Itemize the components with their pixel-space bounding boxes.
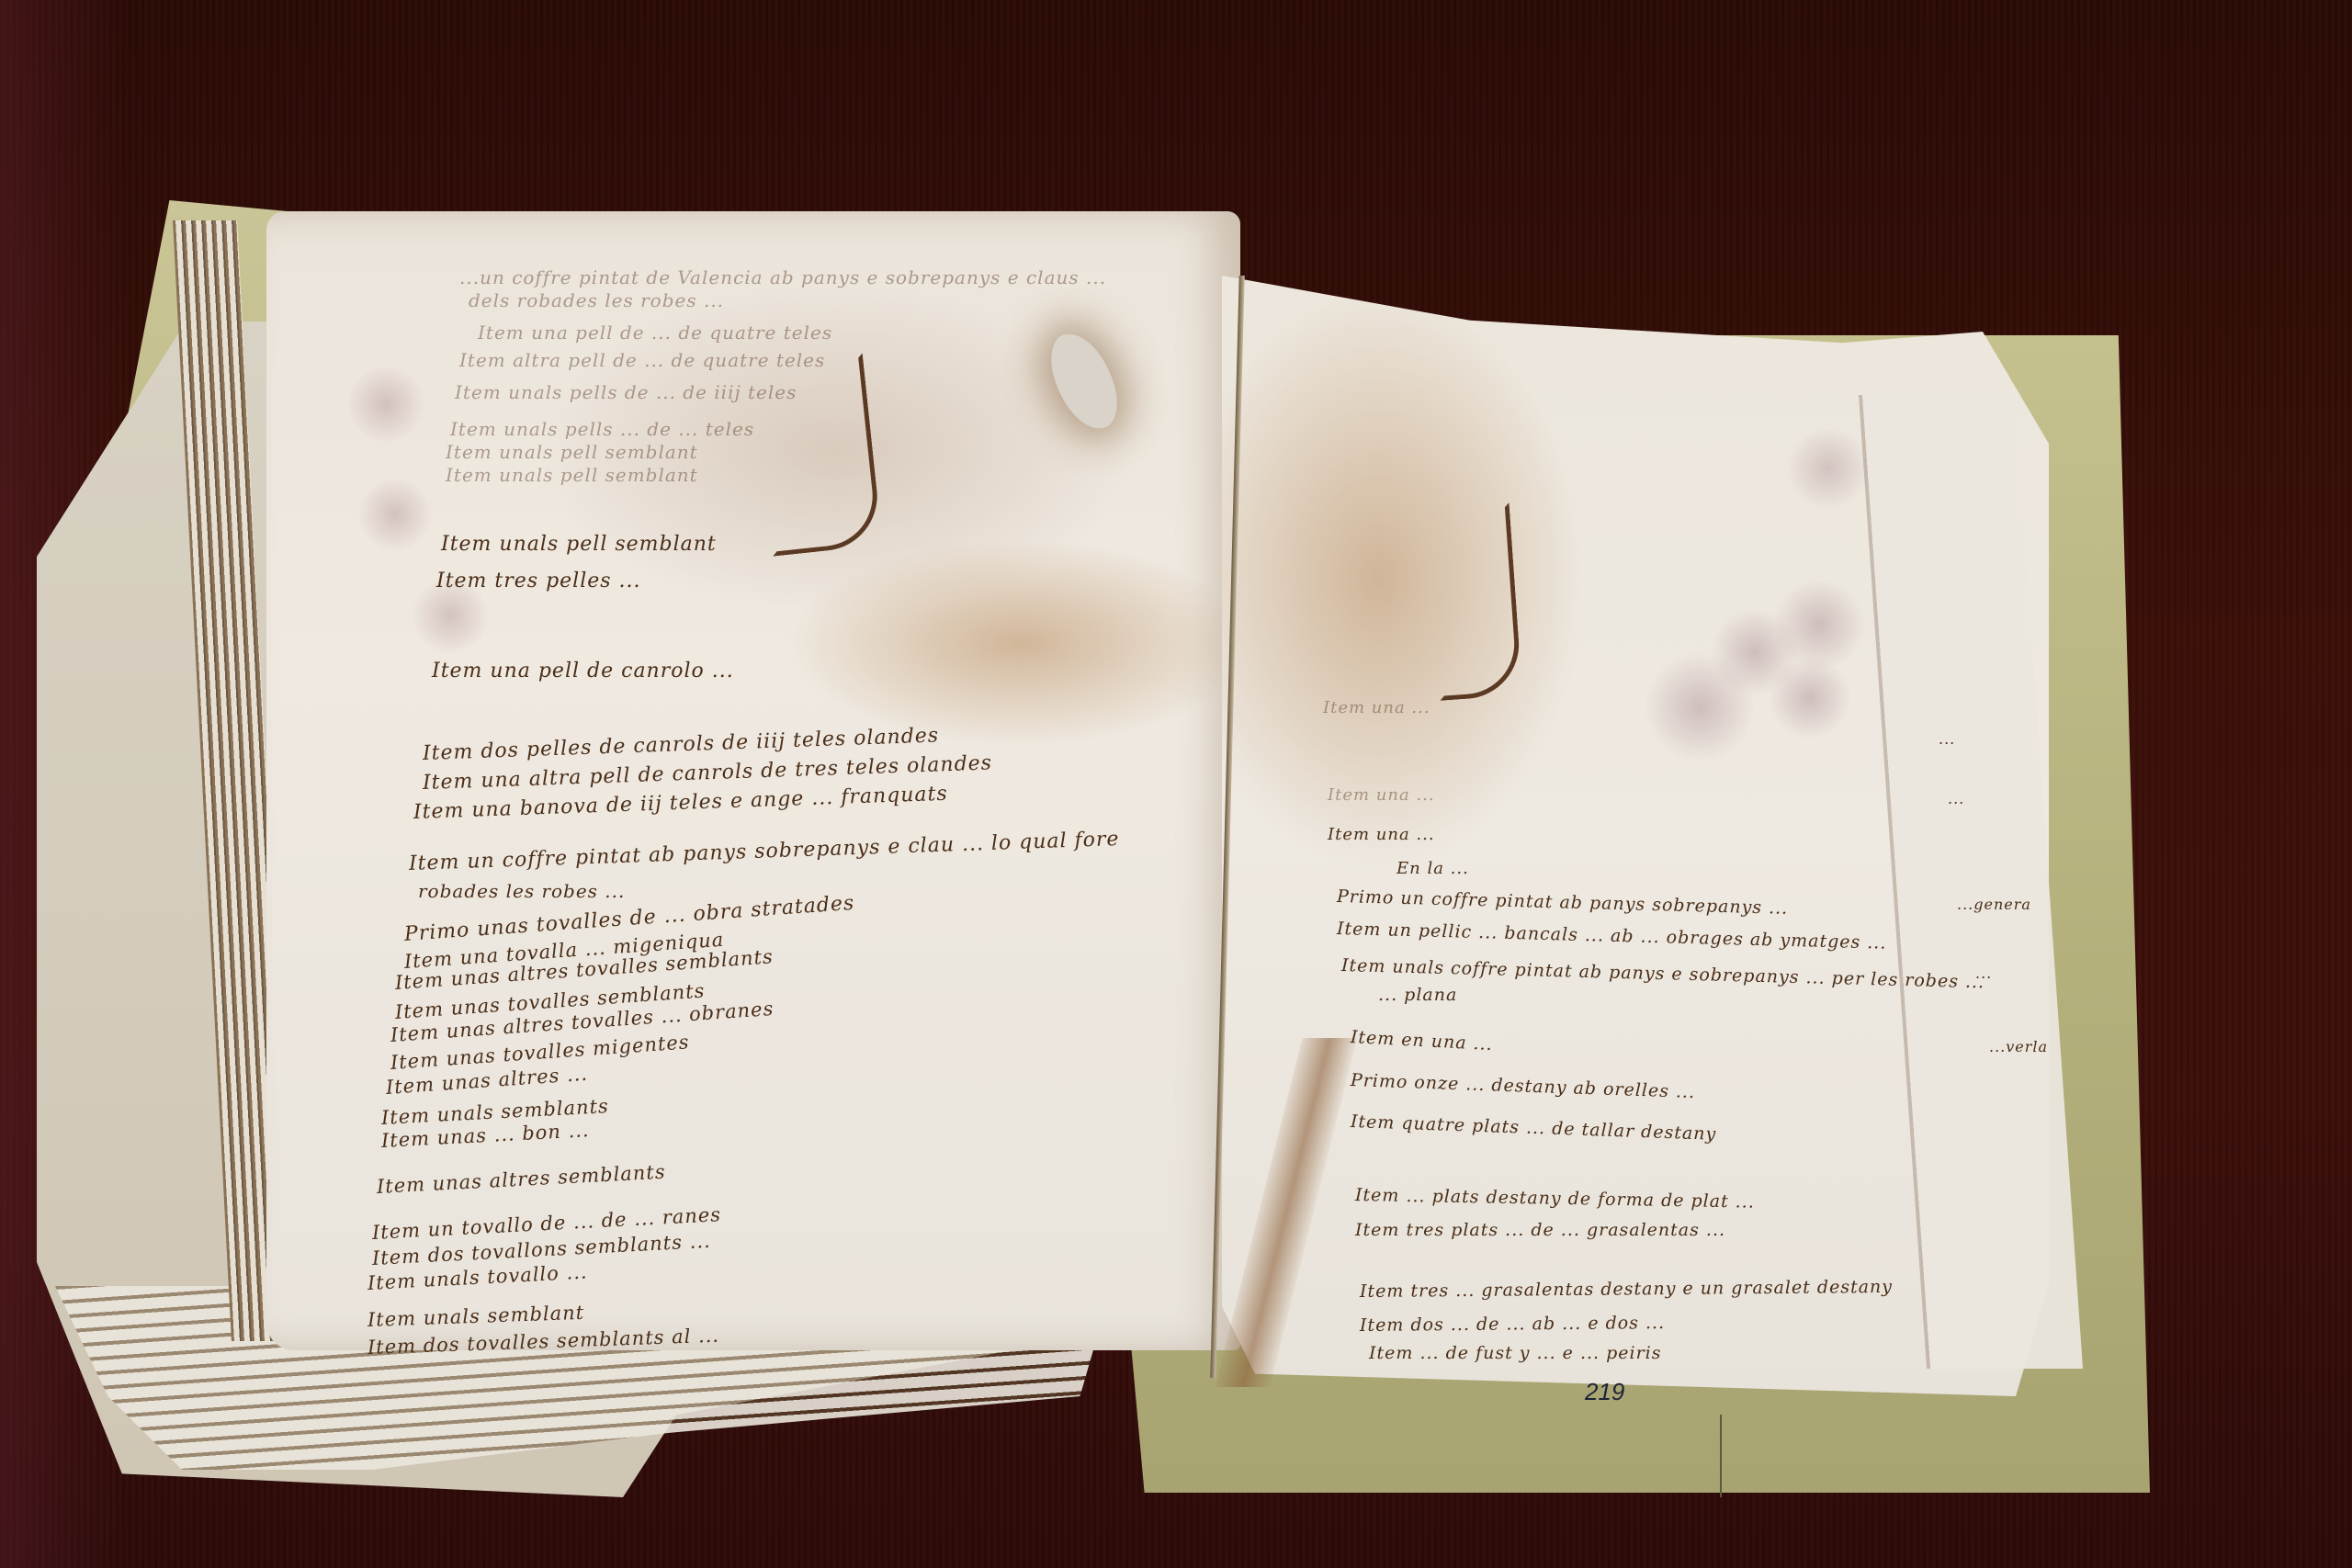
margin-note: ... — [1939, 730, 1955, 748]
text-line: dels robades les robes ... — [469, 289, 724, 311]
text-line: Item tres pelles ... — [436, 570, 641, 592]
text-line: robades les robes ... — [418, 880, 625, 902]
margin-note: ...verla — [1989, 1038, 2048, 1055]
folder-seam — [1720, 1415, 1722, 1497]
text-line: Item unals pell semblant — [446, 441, 698, 463]
margin-note: ... — [1948, 790, 1964, 807]
text-line: Item unals pells ... de ... teles — [450, 418, 754, 440]
text-line: Item una ... — [1323, 698, 1430, 717]
text-line: ... plana — [1378, 985, 1457, 1005]
text-line: Item unals pell semblant — [446, 464, 698, 486]
text-line: Item una ... — [1328, 785, 1435, 805]
text-line: Item unals pells de ... de iiij teles — [455, 381, 797, 403]
paper-crack-right — [1427, 502, 1522, 701]
text-line: Item unals pell semblant — [441, 533, 717, 556]
text-line: Item una pell de ... de quatre teles — [478, 321, 832, 344]
margin-note: ...genera — [1957, 896, 2031, 913]
text-line: En la ... — [1396, 859, 1469, 878]
text-line: Item dos ... de ... ab ... e dos ... — [1360, 1313, 1665, 1336]
text-line: Item altra pell de ... de quatre teles — [459, 349, 825, 371]
text-line: Item ... de fust y ... e ... peiris — [1369, 1343, 1662, 1363]
text-line: Item tres plats ... de ... grasalentas .… — [1355, 1220, 1725, 1240]
text-line: Item una ... — [1328, 825, 1435, 844]
margin-note: ... — [1975, 964, 1992, 982]
text-line: ...un coffre pintat de Valencia ab panys… — [459, 266, 1106, 288]
folio-number: 219 — [1585, 1378, 1624, 1406]
text-line: Item una pell de canrolo ... — [432, 660, 734, 682]
